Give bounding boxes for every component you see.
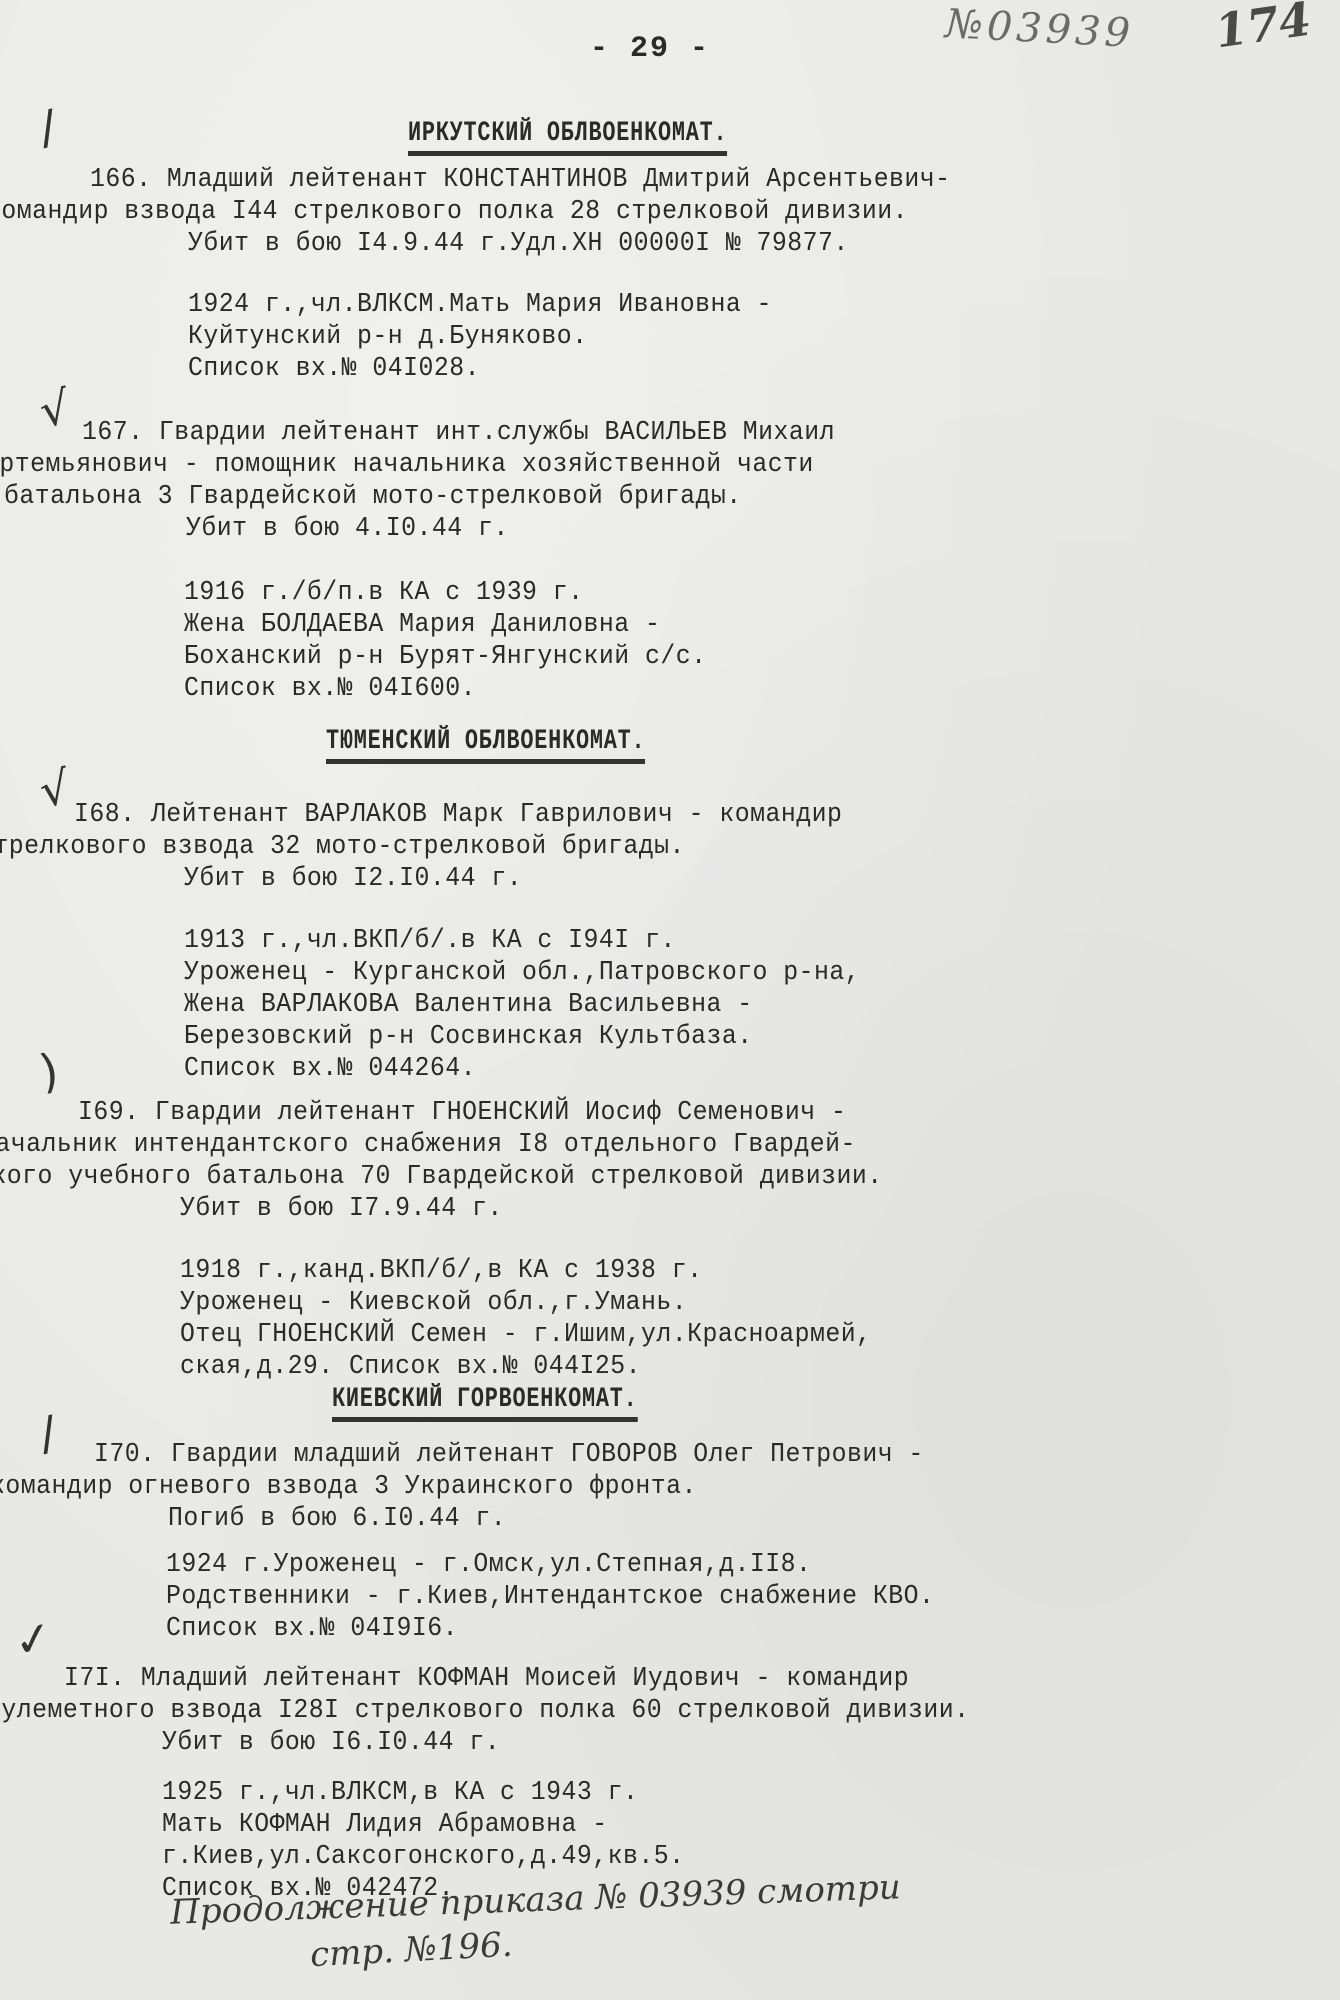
section-heading-kiev: КИЕВСКИЙ ГОРВОЕНКОМАТ. — [332, 1384, 638, 1422]
handwritten-footnote-line-2: стр. №196. — [309, 1925, 513, 1976]
page-number: - 29 - — [590, 32, 710, 66]
entry-168-line-4: 1913 г.,чл.ВКП/б/.в КА с I94I г. — [184, 926, 676, 956]
section-heading-tyumen: ТЮМЕНСКИЙ ОБЛВОЕНКОМАТ. — [326, 726, 645, 764]
entry-170-line-5: Родственники - г.Киев,Интендантское снаб… — [166, 1582, 934, 1612]
entry-170-line-6: Список вх.№ 04I9I6. — [166, 1614, 458, 1644]
entry-166-line-5: Куйтунский р-н д.Буняково. — [188, 322, 588, 352]
entry-168-line-1: I68. Лейтенант ВАРЛАКОВ Марк Гаврилович … — [74, 800, 842, 830]
section-heading-irkutsk: ИРКУТСКИЙ ОБЛВОЕНКОМАТ. — [408, 118, 727, 156]
entry-168-line-2: стрелкового взвода 32 мото-стрелковой бр… — [0, 832, 685, 862]
checkmark-icon: / — [35, 99, 60, 155]
entry-170-line-4: 1924 г.Уроженец - г.Омск,ул.Степная,д.II… — [166, 1550, 811, 1580]
entry-169-line-2: начальник интендантского снабжения I8 от… — [0, 1130, 856, 1160]
entry-167-line-4: Убит в бою 4.I0.44 г. — [186, 514, 509, 544]
entry-167-line-6: Жена БОЛДАЕВА Мария Даниловна - — [184, 610, 660, 640]
entry-171-line-5: Мать КОФМАН Лидия Абрамовна - — [162, 1810, 608, 1840]
entry-169-line-5: 1918 г.,канд.ВКП/б/,в КА с 1938 г. — [180, 1256, 702, 1286]
checkmark-icon: ✓ — [10, 1609, 57, 1669]
entry-167-line-1: 167. Гвардии лейтенант инт.службы ВАСИЛЬ… — [82, 418, 835, 448]
entry-171-line-1: I7I. Младший лейтенант КОФМАН Моисей Иуд… — [64, 1664, 909, 1694]
entry-170-line-1: I70. Гвардии младший лейтенант ГОВОРОВ О… — [94, 1440, 924, 1470]
entry-166-line-3: Убит в бою I4.9.44 г.Удл.ХН 00000I № 798… — [188, 229, 849, 259]
entry-167-line-7: Боханский р-н Бурят-Янгунский с/с. — [184, 642, 706, 672]
checkmark-icon: √ — [36, 380, 74, 438]
entry-168-line-7: Березовский р-н Сосвинская Культбаза. — [184, 1022, 753, 1052]
entry-166-line-6: Список вх.№ 04I028. — [188, 354, 480, 384]
entry-170-line-3: Погиб в бою 6.I0.44 г. — [168, 1504, 506, 1534]
entry-166-line-4: 1924 г.,чл.ВЛКСМ.Мать Мария Ивановна - — [188, 290, 772, 320]
entry-169-line-6: Уроженец - Киевской обл.,г.Умань. — [180, 1288, 687, 1318]
entry-170-line-2: командир огневого взвода 3 Украинского ф… — [0, 1472, 697, 1502]
entry-171-line-6: г.Киев,ул.Саксогонского,д.49,кв.5. — [162, 1842, 684, 1872]
document-page: - 29 - №03939 174 ИРКУТСКИЙ ОБЛВОЕНКОМАТ… — [0, 0, 1340, 2000]
entry-166-line-2: командир взвода I44 стрелкового полка 28… — [0, 197, 908, 227]
checkmark-icon: ) — [35, 1043, 62, 1099]
entry-171-line-3: Убит в бою I6.I0.44 г. — [162, 1728, 500, 1758]
entry-169-line-4: Убит в бою I7.9.44 г. — [180, 1194, 503, 1224]
entry-166-line-1: 166. Младший лейтенант КОНСТАНТИНОВ Дмит… — [90, 165, 951, 195]
handwritten-sheet-number: 174 — [1212, 0, 1315, 58]
entry-167-line-2: Артемьянович - помощник начальника хозяй… — [0, 450, 814, 480]
handwritten-order-number: №03939 — [944, 1, 1135, 57]
entry-167-line-3: батальона 3 Гвардейской мото-стрелковой … — [4, 482, 742, 512]
entry-169-line-1: I69. Гвардии лейтенант ГНОЕНСКИЙ Иосиф С… — [78, 1098, 846, 1128]
entry-168-line-3: Убит в бою I2.I0.44 г. — [184, 864, 522, 894]
entry-169-line-7: Отец ГНОЕНСКИЙ Семен - г.Ишим,ул.Красноа… — [180, 1320, 871, 1350]
entry-171-line-2: пулеметного взвода I28I стрелкового полк… — [0, 1696, 969, 1726]
entry-168-line-5: Уроженец - Курганской обл.,Патровского р… — [184, 958, 860, 988]
entry-171-line-4: 1925 г.,чл.ВЛКСМ,в КА с 1943 г. — [162, 1778, 638, 1808]
entry-167-line-8: Список вх.№ 04I600. — [184, 674, 476, 704]
entry-168-line-8: Список вх.№ 044264. — [184, 1054, 476, 1084]
entry-168-line-6: Жена ВАРЛАКОВА Валентина Васильевна - — [184, 990, 753, 1020]
entry-169-line-8: ская,д.29. Список вх.№ 044I25. — [180, 1352, 641, 1382]
entry-169-line-3: ского учебного батальона 70 Гвардейской … — [0, 1162, 883, 1192]
checkmark-icon: √ — [36, 760, 74, 818]
checkmark-icon: / — [35, 1405, 60, 1461]
entry-167-line-5: 1916 г./б/п.в КА с 1939 г. — [184, 578, 584, 608]
